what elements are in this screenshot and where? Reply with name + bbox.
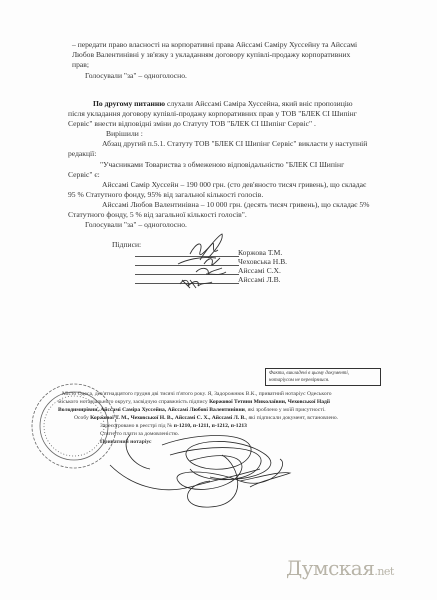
notary-signers-names: Коржової Т. М., Чеховської Н. В., Айссам… (90, 415, 246, 421)
text-line: Абзац другий п.5.1. Статуту ТОВ "БЛЕК СІ… (102, 139, 367, 149)
notary-text: міського нотаріального округу, засвідчую… (58, 399, 209, 405)
site-watermark: Думская.net (286, 556, 394, 580)
text-line: прав; (72, 60, 89, 70)
text-line: "Учасниками Товариства з обмеженою відпо… (100, 160, 344, 170)
notary-text-line: міського нотаріального округу, засвідчую… (58, 399, 330, 406)
notary-text-line: Володимирівни, Айссамі Саміра Хуссейна, … (58, 407, 326, 414)
notary-text-line: Особу Коржової Т. М., Чеховської Н. В., … (74, 415, 338, 422)
notary-disclaimer-stamp: Факти, викладені в цьому документі, нота… (265, 368, 381, 386)
member-share: Статутного фонду, 5 % від загальної кіль… (68, 210, 247, 220)
notary-text: , які зроблено у моїй присутності. (245, 407, 326, 413)
notary-text: , які підписали документ, встановлено. (246, 415, 338, 421)
member-share: Айссамі Любов Валентинівна – 10 000 грн.… (102, 200, 369, 210)
text-line: редакції: (68, 149, 96, 159)
scanned-document-page: – передати право власності на корпоратив… (0, 0, 437, 600)
text-line: Сервіс" є: (68, 170, 100, 180)
text-line: Любов Валентинівні у зв'язку з укладання… (72, 50, 350, 60)
text-line: після укладання договору купівлі-продажу… (68, 109, 357, 119)
signatures-label: Підписи: (112, 240, 141, 250)
notary-text-line: Місто Одеса, дев'ятнадцятого грудня дві … (62, 391, 332, 398)
watermark-suffix: .net (374, 565, 394, 578)
vote-result: Голосували "за" – одноголосно. (85, 71, 187, 81)
notary-signers-names: Володимирівни, Айссамі Саміра Хуссейна, … (58, 407, 245, 413)
notary-text: Особу (74, 415, 90, 421)
notary-signature-icon (90, 425, 300, 515)
stamp-text: нотаріусом не перевірялися. (269, 377, 377, 384)
text-line: – передати право власності на корпоратив… (72, 40, 357, 50)
watermark-brand: Думская (286, 556, 374, 580)
agenda-item-heading: По другому питанню слухали Айссамі Самір… (93, 99, 353, 109)
vote-result: Голосували "за" – одноголосно. (85, 220, 187, 230)
member-share: 95 % Статутного фонду, 95% від загальної… (68, 190, 263, 200)
text-line: слухали Айссамі Саміра Хуссейна, який вн… (165, 99, 353, 108)
decision-label: Вирішили : (106, 129, 143, 139)
notary-signers-names: Коржової Тетяни Миколаївни, Чеховської Н… (209, 399, 330, 405)
member-share: Айссамі Самір Хуссейн – 190 000 грн. (ст… (102, 180, 366, 190)
stamp-text: Факти, викладені в цьому документі, (269, 370, 377, 377)
handwritten-signatures-icon (160, 230, 250, 290)
agenda-item-label: По другому питанню (93, 99, 165, 108)
text-line: Сервіс" внести відповідні зміни до Стату… (68, 119, 316, 129)
